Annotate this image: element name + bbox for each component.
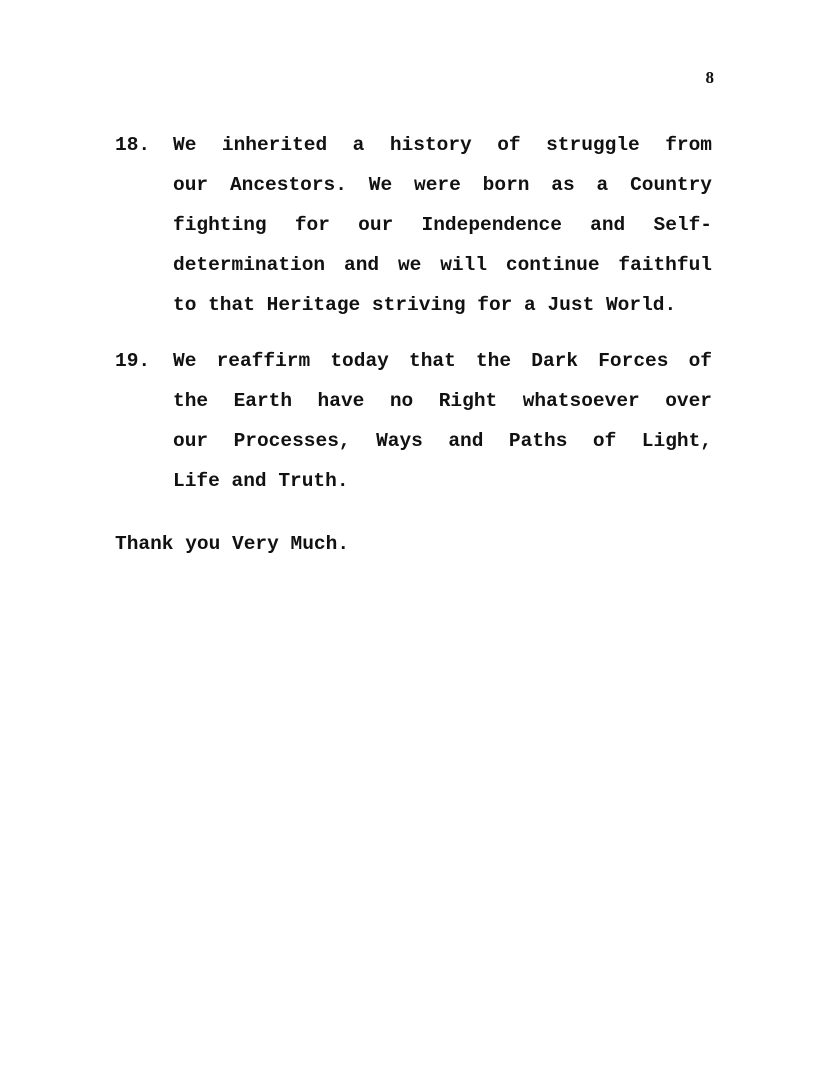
paragraph-line: We inherited a history of struggle from [173, 125, 712, 165]
paragraph-line: determination and we will continue faith… [173, 245, 712, 285]
paragraph-line: fighting for our Independence and Self- [173, 205, 712, 245]
paragraph-line: our Processes, Ways and Paths of Light, [173, 421, 712, 461]
paragraph-line: to that Heritage striving for a Just Wor… [173, 285, 712, 325]
paragraph-line: our Ancestors. We were born as a Country [173, 165, 712, 205]
paragraph-line: Life and Truth. [173, 461, 712, 501]
paragraph-number: 19. [115, 341, 150, 381]
page-number: 8 [700, 68, 714, 88]
paragraph-line: We reaffirm today that the Dark Forces o… [173, 341, 712, 381]
paragraph-number: 18. [115, 125, 150, 165]
paragraph-line: the Earth have no Right whatsoever over [173, 381, 712, 421]
closing-remark: Thank you Very Much. [115, 524, 349, 564]
